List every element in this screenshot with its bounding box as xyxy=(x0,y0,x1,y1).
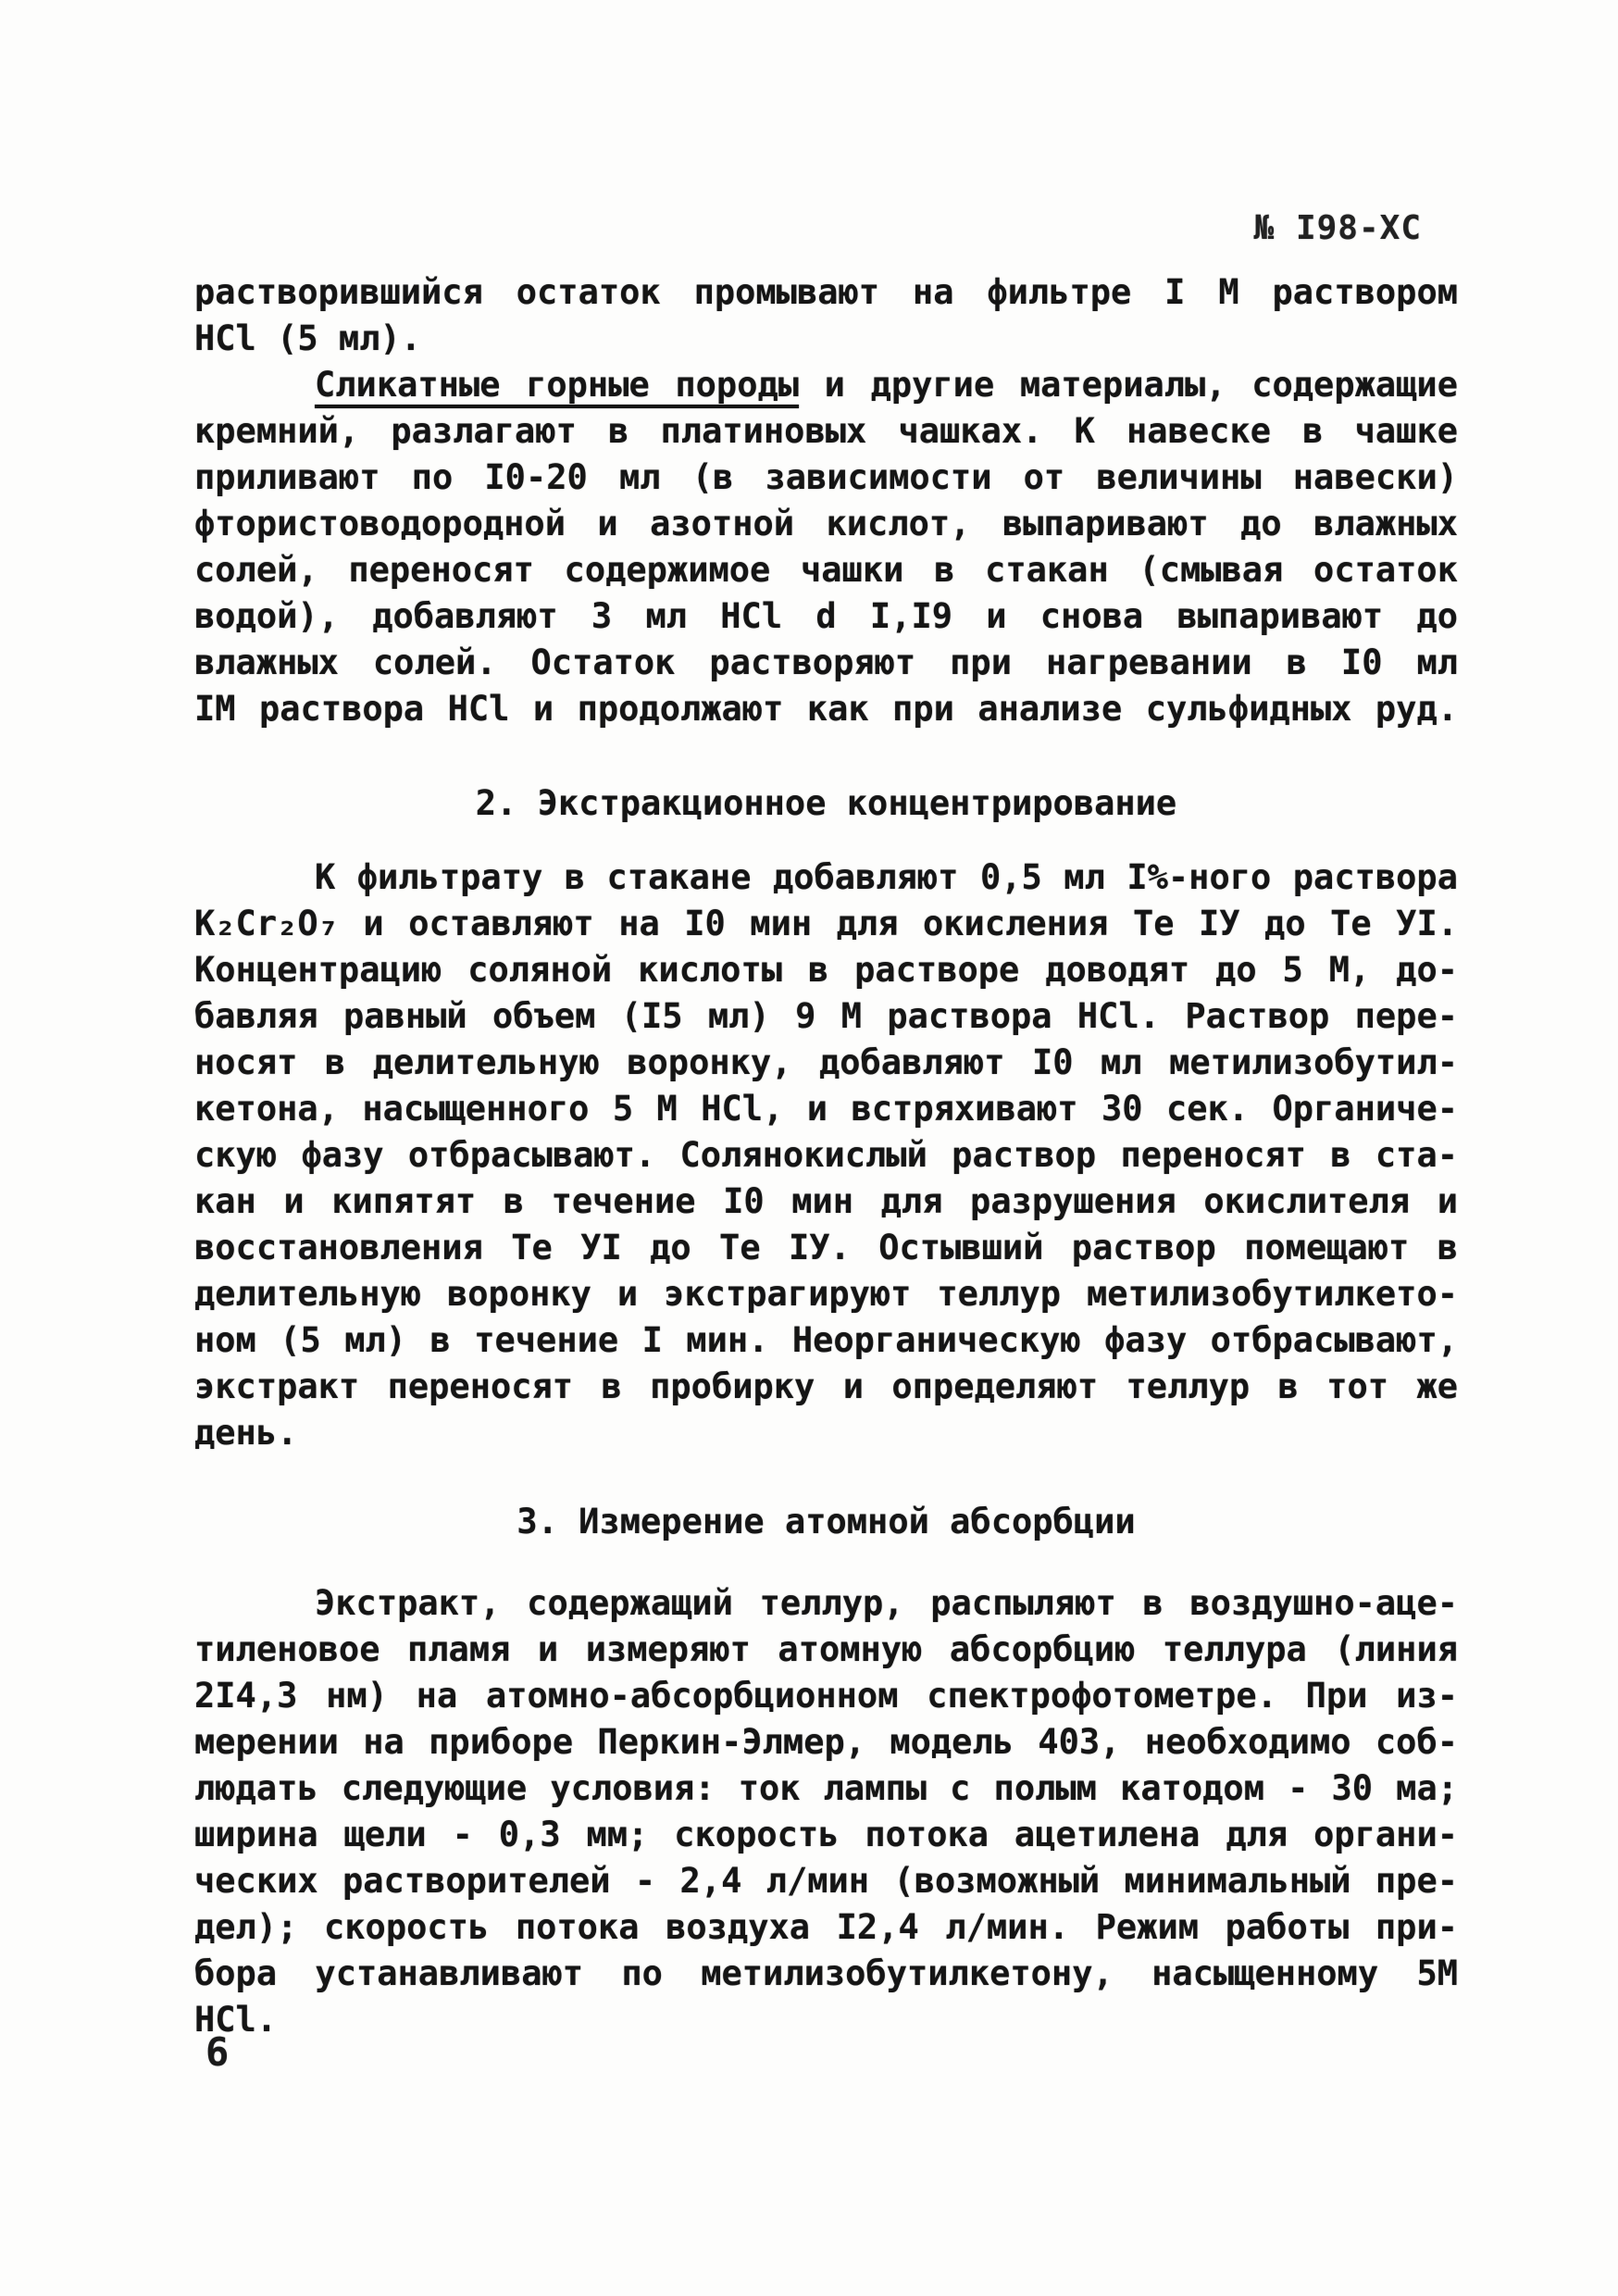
document-reference-number: № I98-ХС xyxy=(1254,209,1422,247)
text-line: IМ раствора HCl и продолжают как при ана… xyxy=(194,686,1458,732)
text-line: экстракт переносят в пробирку и определя… xyxy=(194,1364,1458,1410)
text-line: приливают по I0-20 мл (в зависимости от … xyxy=(194,455,1458,501)
text-line: растворившийся остаток промывают на филь… xyxy=(194,269,1458,316)
page-number: 6 xyxy=(205,2029,229,2075)
text-line: кетона, насыщенного 5 М HCl, и встряхива… xyxy=(194,1086,1458,1132)
text-line: солей, переносят содержимое чашки в стак… xyxy=(194,547,1458,593)
text-line: ческих растворителей - 2,4 л/мин (возмож… xyxy=(194,1858,1458,1904)
section-heading-extraction: 2. Экстракционное концентрирование xyxy=(194,780,1458,827)
text-line: восстановления Те УI до Те IУ. Остывший … xyxy=(194,1225,1458,1271)
text-line: делительную воронку и экстрагируют теллу… xyxy=(194,1271,1458,1317)
text-line: K₂Cr₂O₇ и оставляют на I0 мин для окисле… xyxy=(194,901,1458,947)
text-line: бавляя равный объем (I5 мл) 9 М раствора… xyxy=(194,993,1458,1040)
text-line: мерении на приборе Перкин-Элмер, модель … xyxy=(194,1719,1458,1766)
underlined-phrase: Сликатные горные породы xyxy=(315,365,799,405)
text-line: носят в делительную воронку, добавляют I… xyxy=(194,1040,1458,1086)
text-line: скую фазу отбрасывают. Солянокислый раст… xyxy=(194,1132,1458,1179)
text-line: 2I4,3 нм) на атомно-абсорбционном спектр… xyxy=(194,1673,1458,1719)
text-line: кремний, разлагают в платиновых чашках. … xyxy=(194,408,1458,455)
text-line: дел); скорость потока воздуха I2,4 л/мин… xyxy=(194,1904,1458,1951)
text-line: HCl (5 мл). xyxy=(194,316,1458,362)
text-line: день. xyxy=(194,1410,1458,1456)
text-line: влажных солей. Остаток растворяют при на… xyxy=(194,640,1458,686)
text-line: Экстракт, содержащий теллур, распыляют в… xyxy=(194,1580,1458,1627)
text-line: водой), добавляют 3 мл HCl d I,I9 и снов… xyxy=(194,593,1458,640)
text-line: ширина щели - 0,3 мм; скорость потока ац… xyxy=(194,1812,1458,1858)
text-line: людать следующие условия: ток лампы с по… xyxy=(194,1766,1458,1812)
text-line: тиленовое пламя и измеряют атомную абсор… xyxy=(194,1627,1458,1673)
text-line: К фильтрату в стакане добавляют 0,5 мл I… xyxy=(194,855,1458,901)
text-line: Концентрацию соляной кислоты в растворе … xyxy=(194,947,1458,993)
text-line: Сликатные горные породы и другие материа… xyxy=(194,362,1458,408)
document-text-column: растворившийся остаток промывают на филь… xyxy=(194,269,1458,1997)
text-line: ном (5 мл) в течение I мин. Неорганическ… xyxy=(194,1317,1458,1364)
text-line: бора устанавливают по метилизобутилкетон… xyxy=(194,1951,1458,1997)
text-line: фтористоводородной и азотной кислот, вып… xyxy=(194,501,1458,547)
section-heading-absorption: 3. Измерение атомной абсорбции xyxy=(194,1499,1458,1545)
text-line: кан и кипятят в течение I0 мин для разру… xyxy=(194,1179,1458,1225)
text-line-rest: и другие материалы, содержащие xyxy=(799,365,1458,405)
scanned-document-page: № I98-ХС растворившийся остаток промываю… xyxy=(0,0,1618,2296)
